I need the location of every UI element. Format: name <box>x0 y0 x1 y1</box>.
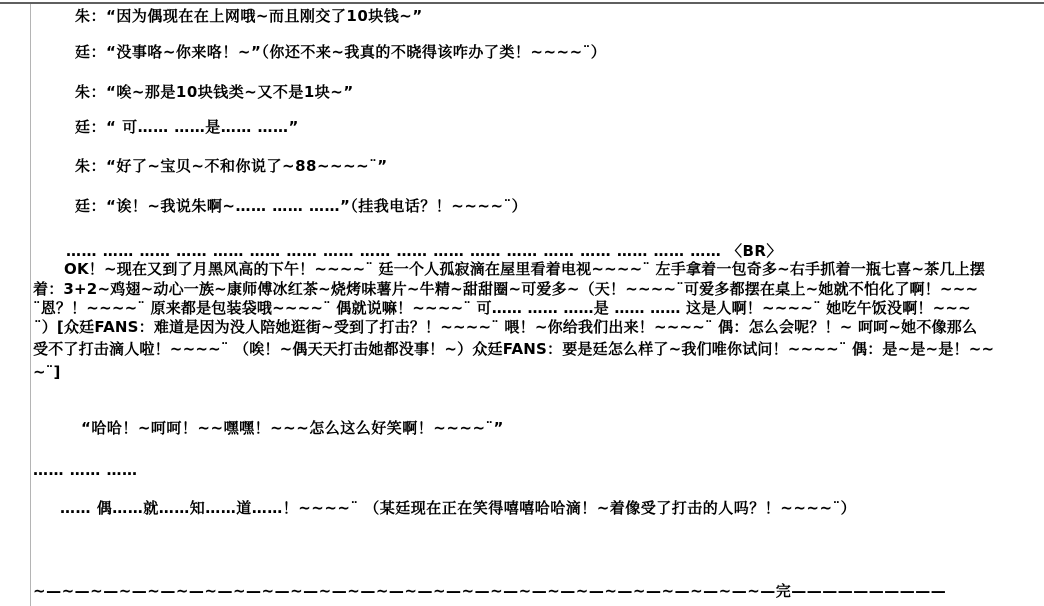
dialogue-line-ting-3: 廷：“诶！~我说朱啊~…… …… ……”（挂我电话？！~~~~¨） <box>75 198 527 215</box>
dialogue-line-zhu-2: 朱：“唉~那是10块钱类~又不是1块~” <box>75 84 354 101</box>
dialogue-line-zhu-1: 朱：“因为偶现在在上网哦~而且刚交了10块钱~” <box>75 8 423 25</box>
narration-line-6: ~¨] <box>33 364 61 381</box>
narration-line-2: 着：3+2~鸡翅~动心一族~康师傅冰红茶~烧烤味薯片~牛精~甜甜圈~可爱多~（天… <box>33 281 978 298</box>
end-divider-line: ~—~—~—~—~—~—~—~—~—~—~—~—~—~—~—~—~—~—~—~—… <box>33 583 946 600</box>
closing-line: …… 偶……就……知……道……！~~~~¨ （某廷现在正在笑得嘻嘻哈哈滴！~着像… <box>60 500 856 517</box>
separator-dots-line: …… …… …… …… …… …… …… …… …… …… …… …… …… …… <box>66 243 782 260</box>
top-border-line <box>0 2 1044 4</box>
pause-dots-line: …… …… …… <box>33 462 137 479</box>
document-page: 朱：“因为偶现在在上网哦~而且刚交了10块钱~” 廷：“没事咯~你来咯！~”（你… <box>0 0 1044 606</box>
narration-line-5: 受不了打击滴人啦！~~~~¨ （唉！~偶天天打击她都没事！~）众廷FANS：要是… <box>33 341 994 358</box>
dialogue-line-ting-1: 廷：“没事咯~你来咯！~”（你还不来~我真的不晓得该咋办了类！~~~~¨） <box>75 44 606 61</box>
narration-line-4: ¨）[众廷FANS：难道是因为没人陪她逛街~受到了打击？！~~~~¨ 喂！~你给… <box>34 319 977 336</box>
narration-line-3: ¨恩？！~~~~¨ 原来都是包装袋哦~~~~¨ 偶就说嘛！~~~~¨ 可…… …… <box>33 300 971 317</box>
left-border-line <box>30 4 31 606</box>
narration-line-1: OK！~现在又到了月黑风高的下午！~~~~¨ 廷一个人孤寂滴在屋里看着电视~~~… <box>64 261 985 278</box>
dialogue-line-ting-2: 廷：“ 可…… ……是…… ……” <box>75 119 299 136</box>
laugh-line: “哈哈！~呵呵！~~嘿嘿！~~~怎么这么好笑啊！~~~~¨” <box>81 420 504 437</box>
dialogue-line-zhu-3: 朱：“好了~宝贝~不和你说了~88~~~~¨” <box>75 158 388 175</box>
